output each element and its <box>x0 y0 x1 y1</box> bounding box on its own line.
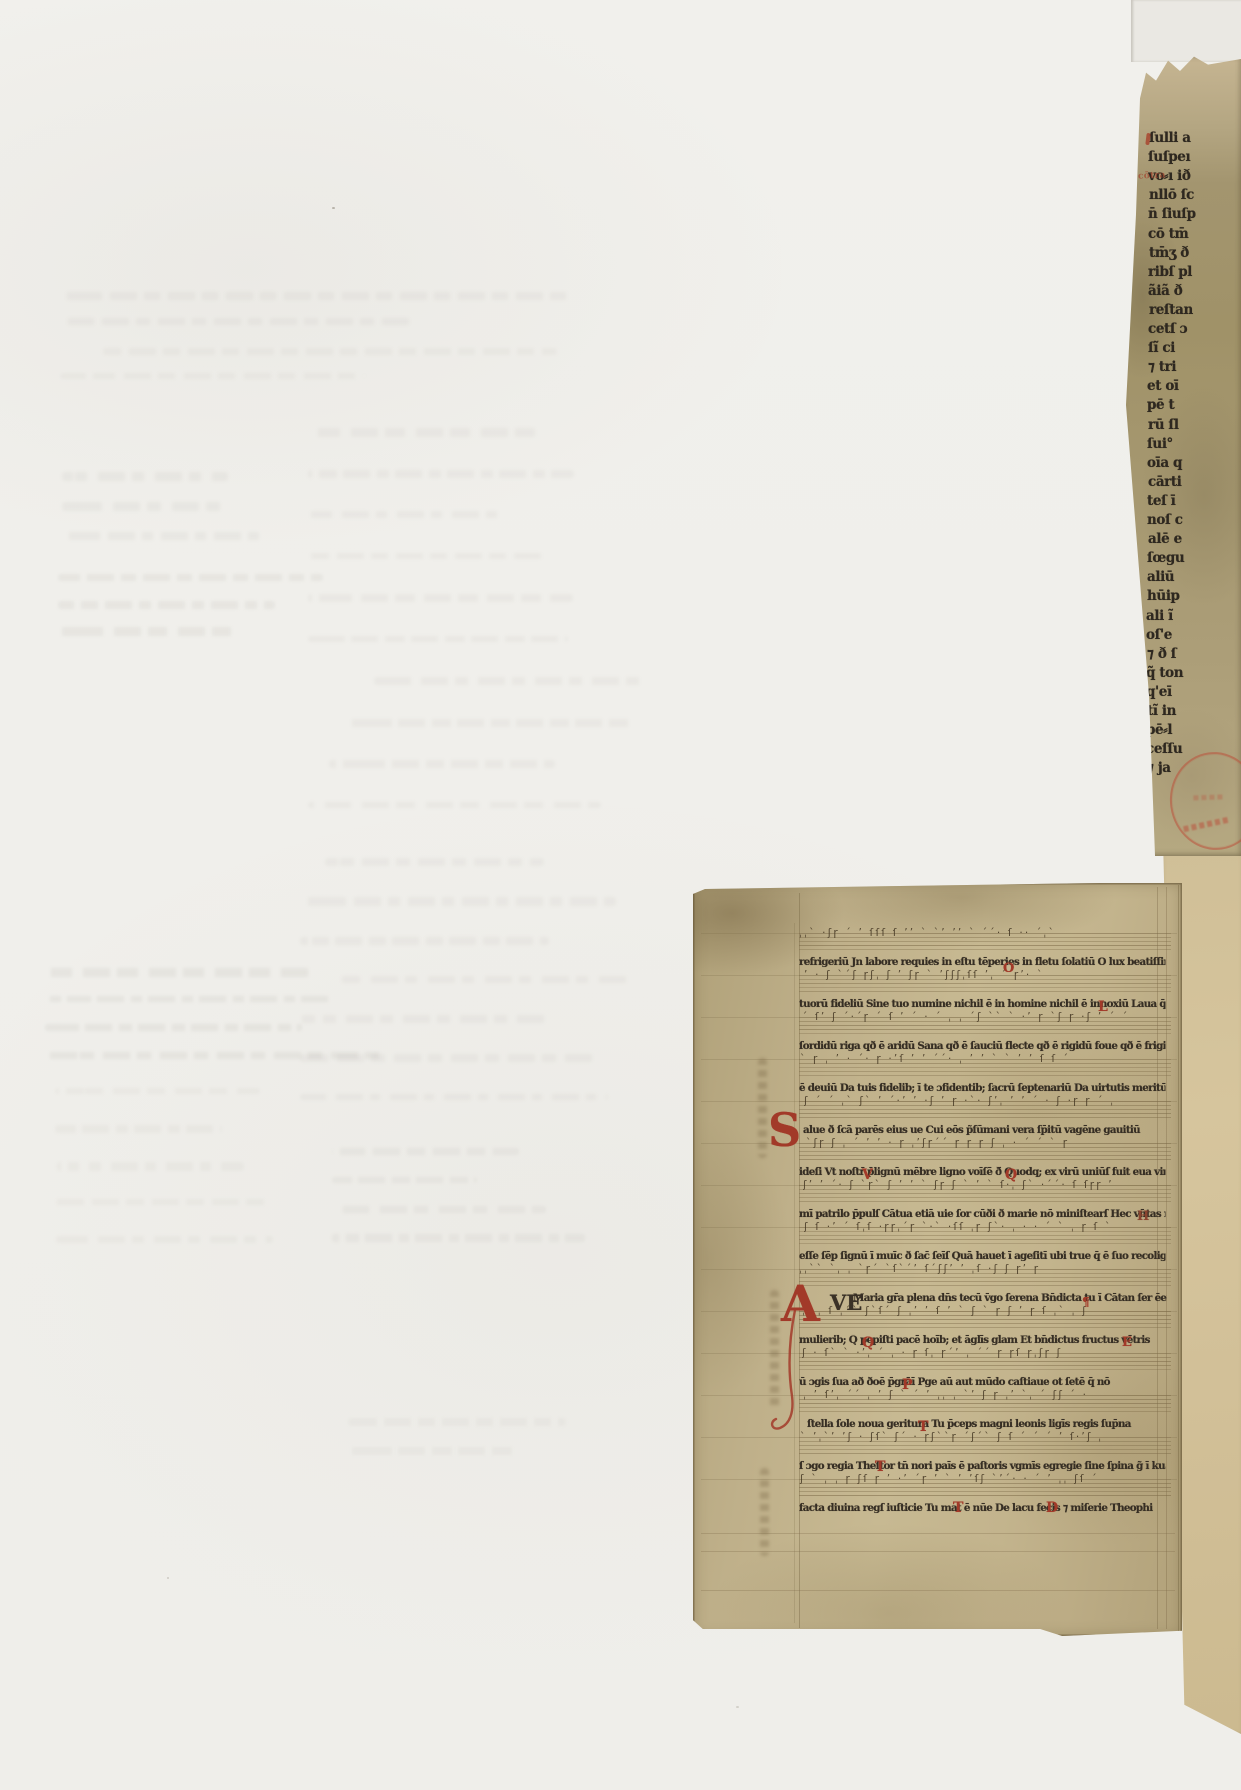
staff-line <box>799 1453 1171 1454</box>
stamp-script <box>1193 794 1223 800</box>
ghost-text-row <box>62 532 260 540</box>
strip-text-line: rū ſl <box>1148 416 1241 435</box>
neume-notation: ˌˌˋ ·ʃɼ ˊ ʼ ſſſ ſ ʼʼ ˋ ˋʼ ʼʼ ˋ ˊˊ· ſ ·· … <box>799 927 1173 949</box>
ghost-text-row <box>56 1236 273 1243</box>
ghost-text-row <box>62 472 228 481</box>
ghost-text-row <box>308 802 601 809</box>
staff-line <box>799 1495 1171 1496</box>
strip-text-line: teſ ī <box>1147 493 1241 512</box>
ghost-text-row <box>62 318 410 325</box>
staff-line <box>799 1075 1171 1076</box>
staff-line <box>799 1033 1171 1034</box>
strip-text-line: aliū <box>1147 569 1241 588</box>
decorated-initial: E <box>1122 1336 1132 1349</box>
neume-notation: ʃ ˋ ˌ ˌ ɼ ʃſ ɼ ʼ ·ʼ ˊɼ ʼ ˋ ʼ ʼſʃ ˋʼˊ· · … <box>800 1473 1174 1495</box>
ghost-text-row <box>374 677 649 685</box>
decorated-initial: A <box>781 1279 820 1329</box>
strip-text-line: oſ'e <box>1146 626 1241 645</box>
ghost-text-row <box>45 996 330 1002</box>
ghost-text-row <box>350 719 632 728</box>
neume-notation: ʃ ˊ ˊ ˌˋ ʃˋ ʼ ˊ·ʼ ʼ ·ʃ ʼ ɼ ·ˋ· ʃʼˌ ʼ ʼ ˊ… <box>804 1095 1178 1117</box>
strip-text-line: q̃ ton <box>1146 665 1241 684</box>
strip-text-line: et oī <box>1147 378 1241 397</box>
neume-notation: ˋ ɼ ˌ ʼ · ˊ· ɼ ·ʼſ ʼ ʼ ˊˊ· ˌ ʼ ʼ ˋ ˋ ʼ ʼ… <box>800 1053 1174 1075</box>
ghost-text-row <box>332 1148 519 1155</box>
staff-line <box>799 1159 1171 1160</box>
ghost-text-row <box>55 1088 260 1094</box>
strip-text-line: ali ĩ <box>1146 607 1241 626</box>
ghost-text-row <box>55 1125 222 1133</box>
decorated-initial: H <box>1137 1210 1149 1223</box>
text-strip-fragment: ſulli aſuſpeıvo⸗ı iðnllō ſcn̄ ſiuſpcō tm… <box>1118 55 1241 856</box>
ghost-text-row <box>62 502 231 511</box>
stamp-script <box>1183 817 1229 832</box>
ghost-text-row <box>308 511 504 518</box>
decorated-initial: D <box>1046 1501 1058 1515</box>
ghost-text-row <box>332 1177 477 1184</box>
strip-text-line: ⁊ tri <box>1148 359 1241 378</box>
ghost-text-row <box>55 1199 270 1205</box>
decorated-initial: T <box>953 1501 963 1515</box>
ghost-text-row <box>60 373 365 379</box>
staff-line <box>799 1411 1171 1412</box>
speck <box>167 1577 169 1579</box>
staff-line <box>799 949 1171 950</box>
ruling-line-vertical <box>1178 885 1179 1633</box>
ghost-text-row <box>58 574 323 581</box>
ruling-line-vertical <box>794 923 795 1623</box>
strip-text-line: nllō ſc <box>1149 187 1241 206</box>
decorated-initial: Q <box>862 1336 874 1350</box>
strip-text-line: noſ c <box>1147 512 1241 531</box>
staff-line <box>799 1243 1171 1244</box>
marginal-scribble <box>758 1058 767 1158</box>
ghost-text-row <box>337 976 627 983</box>
strip-text-line: oīa q <box>1147 454 1241 473</box>
staff-line <box>799 1285 1171 1286</box>
neume-notation: ʃ ſ ·ʼ ˊ ſˌſ ·ɼɼˌˊɼ ˋ·ˋ ·ſſ ˌɼ ʃˋ· ˌ · ·… <box>804 1221 1178 1243</box>
marginal-scribble <box>760 1468 769 1556</box>
neume-notation: ˋ ʼˌˋʼ ʼʃ · ʃſˋ ʃˊ · ɼʃˋˋɼ ˊʃˊˋ ʃ ſ ˊ ˊ … <box>800 1431 1174 1453</box>
strip-text-line: reſtan <box>1149 302 1241 321</box>
ghost-text-row <box>329 760 555 768</box>
ghost-text-row <box>332 1206 546 1214</box>
chant-text-line: facta diuina regſ iuſticie Tu mat̄ ē nūe… <box>799 1502 1166 1519</box>
ruling-line <box>701 1551 1175 1552</box>
strip-text-line: n̄ ſiuſp <box>1148 206 1241 225</box>
decorated-initial: T <box>875 1460 885 1474</box>
neume-notation: ʼ · ʃ ˋˊʃ ɼʃˌ ʃ ʼ ʃɼ ˋ ʼʃʃʃˌſſ ʼˌ ˊ ɼʼ· … <box>804 969 1178 991</box>
neume-notation: ˌˌˋˋ ˋˌ ˌ ˋɼˊ ˋſˋˊʼ ſˊʃʃʼ ʼ ˌſ ·ʃ ʃ ɼʼ ɼ <box>799 1263 1173 1285</box>
decorated-initial: Q <box>1005 1168 1017 1182</box>
ruling-line <box>701 1533 1175 1534</box>
strip-text-line: ſui° <box>1147 435 1241 454</box>
strip-text-line: ſuſpeı <box>1148 149 1241 168</box>
staff-line <box>799 1369 1171 1370</box>
ghost-text-row <box>348 1418 566 1426</box>
ghost-text-row <box>325 858 545 866</box>
ghost-text-row <box>308 553 545 559</box>
ghost-text-row <box>308 594 573 602</box>
staff-line <box>799 1117 1171 1118</box>
strip-text-line: ſœgu <box>1147 550 1241 569</box>
staff-line <box>799 1201 1171 1202</box>
ghost-text-row <box>45 1052 383 1059</box>
strip-text-line: pē t <box>1147 397 1241 416</box>
strip-text-line: hūip <box>1147 588 1241 607</box>
ghost-text-row <box>57 1162 245 1171</box>
ghost-text-row <box>300 937 549 945</box>
neume-notation: ˋʃɼ ʃ ˌ ˊ ʼ ʼ · ɼ ˌʼʃɼˊˊ ɼ ɼ ɼ ʃ ˌ · ˊ ˊ… <box>806 1137 1180 1159</box>
ghost-text-row <box>308 470 574 478</box>
decorated-initial: T <box>918 1420 928 1434</box>
decorated-initial: P <box>902 1378 913 1392</box>
neume-notation: ʃʼ ʼ ˊ· ʃ ˋɼˋ ʃ ʼ ʼ ˋ ʃɼ ʃ ˋ ʼ ˋ ſ·ˌ ʃˋ … <box>803 1179 1177 1201</box>
decorated-initial: V <box>862 1168 873 1182</box>
neume-notation: ˌ ʼ ſʼˌ ˊˊ ˌ ʼ ʃ ˋ ˊ ʼ ˌˌ ˌ ˋʼ ʃ ɼ ˌʼ ˋˌ… <box>803 1389 1177 1411</box>
strip-text-line: cārti <box>1148 474 1241 493</box>
strip-text-line: cetſ ɔ <box>1148 321 1241 340</box>
staff-line <box>799 991 1171 992</box>
neume-notation: ˊ ſʼ ʃ ˊ·ˊɼ ˊ ſ ʼ ˊ · ˊ ˌ ˌ ˊʃ ˋˋ ˋ ·ʼ ɼ… <box>802 1011 1176 1033</box>
strip-text-line: ſulli a <box>1149 130 1241 149</box>
ghost-text-row <box>348 1447 514 1455</box>
strip-text-line: ⁊ ð ſ <box>1147 645 1241 664</box>
ghost-text-row <box>45 1024 302 1031</box>
speck <box>332 207 335 209</box>
decorated-initial: ¶ <box>1082 1296 1090 1308</box>
strip-text-line: tm̄ʒ ð <box>1149 244 1241 263</box>
strip-text-line: pē⸗l <box>1146 722 1241 741</box>
ghost-text-row <box>308 636 568 642</box>
decorated-initial: VE <box>830 1292 862 1313</box>
strip-text-line: ſĩ ci <box>1148 340 1241 359</box>
strip-text-line: tĩ in <box>1147 703 1241 722</box>
decorated-initial: S <box>768 1107 801 1153</box>
ghost-text-row <box>332 1234 585 1242</box>
ghost-text-row <box>58 627 238 635</box>
marginal-scribble <box>770 1290 779 1408</box>
ruling-line-vertical <box>1166 887 1167 1629</box>
speck <box>736 1706 739 1708</box>
ruling-line <box>701 1590 1175 1591</box>
staff-line <box>799 1327 1171 1328</box>
ghost-text-row <box>300 1015 549 1023</box>
ghost-text-row <box>62 292 569 300</box>
mount-sheet-edge <box>1131 0 1241 62</box>
ghost-text-row <box>300 897 616 906</box>
ghost-text-row <box>58 601 275 609</box>
neume-notation: ʃ · ſˋ ˋ ·ʼˌ ˊ ˌ · ɼ ſˌ ɼˊʼ ˌ ˊˊ ɼ ɼſ ɼˌ… <box>802 1347 1176 1369</box>
decorated-initial: O <box>1003 962 1014 975</box>
strip-text-line: alē e <box>1148 531 1241 550</box>
strip-text-line: q'eī <box>1146 684 1241 703</box>
album-leaf-photo: ſulli aſuſpeıvo⸗ı iðnllō ſcn̄ ſiuſpcō tm… <box>0 0 1241 1790</box>
red-marginal-gloss: cōtra <box>1138 170 1166 181</box>
ghost-text-row <box>308 428 536 437</box>
strip-text-line: ribſ pl <box>1148 263 1241 282</box>
strip-text-line: ãiã ð <box>1148 283 1241 302</box>
strip-text-line: cō tm̄ <box>1148 225 1241 244</box>
ghost-text-row <box>45 968 309 977</box>
ghost-text-row <box>300 1094 608 1101</box>
decorated-initial: L <box>1098 1000 1108 1014</box>
ghost-text-row <box>103 348 557 355</box>
